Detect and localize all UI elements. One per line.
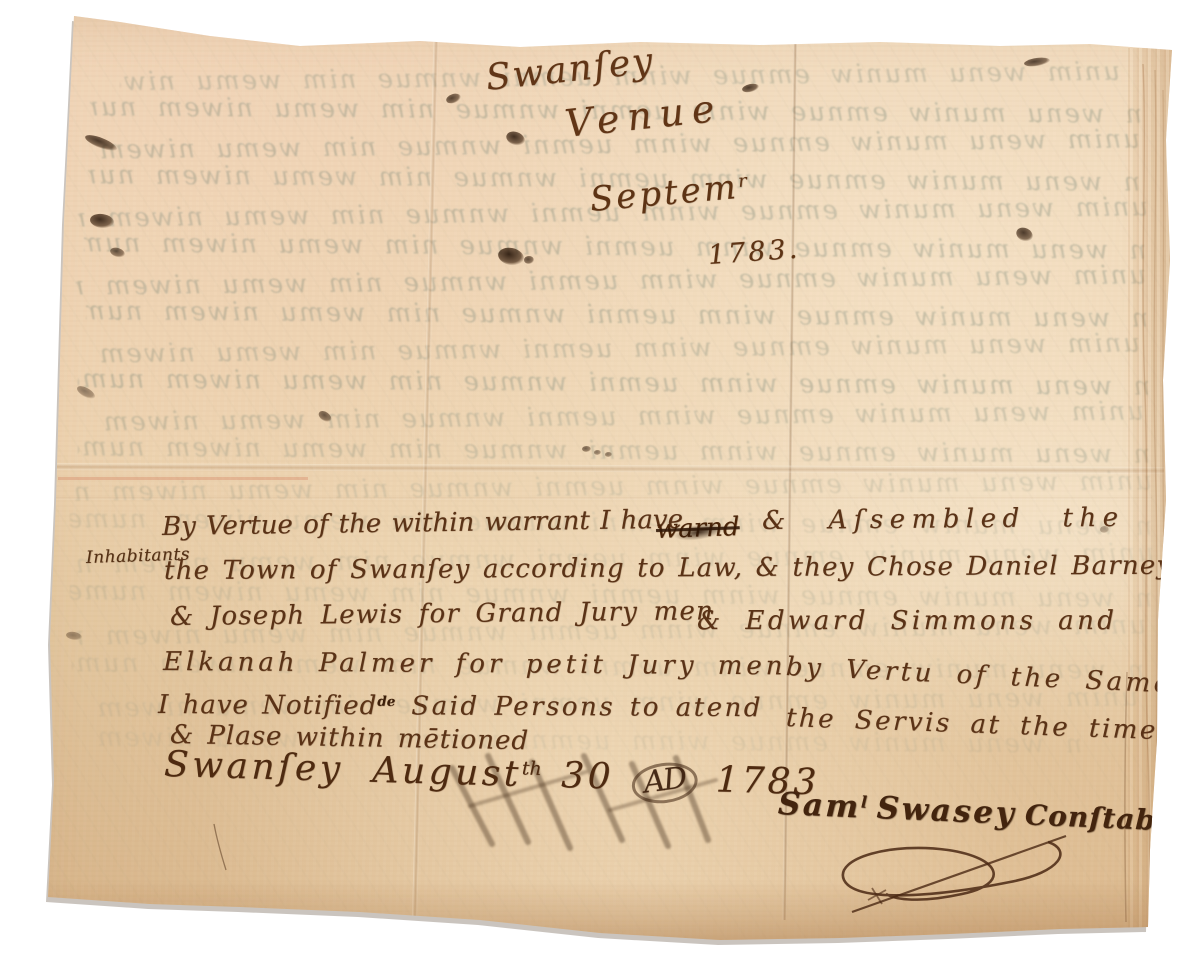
body-line-4-left: Elkanah Palmer for petit Jury men	[163, 647, 787, 681]
body-line-2: the Town of Swanſey according to Law, & …	[164, 551, 1172, 586]
struck-word: warnd	[655, 512, 740, 545]
body-line-3-left: & Joseph Lewis for Grand Jury men	[170, 596, 714, 632]
ink-spot	[582, 446, 591, 452]
document-paper: unim wenu muniw emnue winm uemni wnmue n…	[0, 0, 1200, 962]
ink-spot	[605, 452, 612, 457]
ink-spot	[524, 256, 534, 264]
body-line-1b: & Aſsembled the	[762, 503, 1125, 536]
ink-spot	[594, 450, 601, 455]
body-line-3-right: & Edward Simmons and	[697, 606, 1117, 636]
header-year: 1783.	[707, 234, 801, 271]
month-superscript: r	[737, 171, 747, 192]
notified-superscript: de	[377, 694, 395, 710]
scan-background: unim wenu muniw emnue winm uemni wnmue n…	[0, 0, 1200, 962]
signature-title: Conſtable	[1024, 798, 1187, 838]
body-line-5: I have NotifieddeSaid Persons to atend	[158, 690, 763, 723]
date-monogram: AD	[630, 759, 700, 807]
date-superscript: th	[522, 758, 542, 780]
